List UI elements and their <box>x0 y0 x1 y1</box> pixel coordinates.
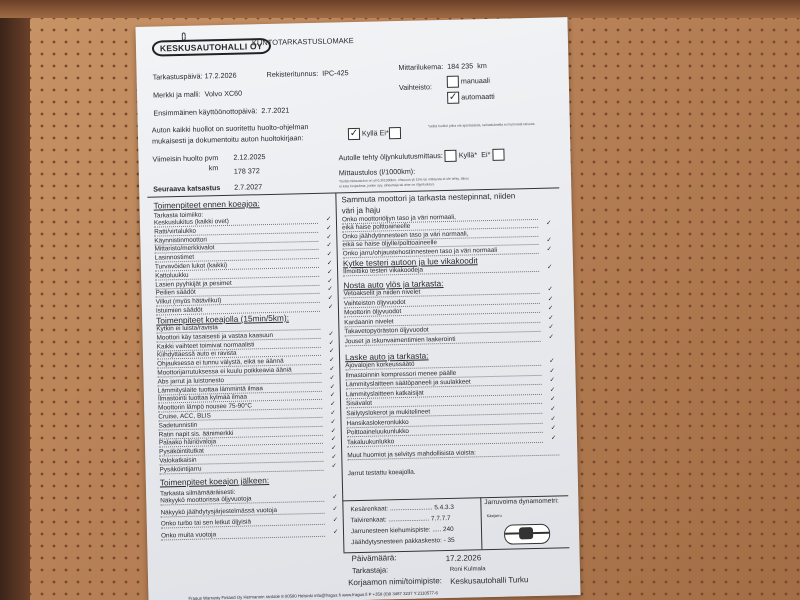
oil-footnote-2: ei kata korjauksia, joiden syy, aiheutta… <box>339 182 435 188</box>
check-mark-icon[interactable]: ✓ <box>333 516 339 524</box>
check-mark-icon[interactable]: ✓ <box>327 285 333 293</box>
check-mark-icon[interactable]: ✓ <box>327 267 333 275</box>
checklist-item-label: Onko muita vuotoja <box>161 528 325 540</box>
service-yes-checkbox[interactable]: ✓ <box>348 128 360 140</box>
oil-result-label: Mittaustulos (l/1000km): <box>339 167 415 178</box>
check-mark-icon[interactable]: ✓ <box>547 244 553 252</box>
last-service-label: Viimeisin huolto pvm <box>152 153 218 163</box>
odometer: Mittarilukema: 184 235 km <box>398 61 486 72</box>
check-mark-icon[interactable]: ✓ <box>550 405 556 413</box>
check-mark-icon[interactable]: ✓ <box>331 426 337 434</box>
check-mark-icon[interactable]: ✓ <box>326 223 332 231</box>
form-title: KUNTOTARKASTUSLOMAKE <box>252 36 354 47</box>
last-service-date: 2.12.2025 <box>233 152 265 162</box>
gearbox-label: Vaihteisto: <box>399 82 432 92</box>
next-inspection-label: Seuraava katsastus <box>153 183 220 194</box>
service-yes-no[interactable]: ✓ Kyllä Ei* <box>348 127 401 140</box>
last-service-km-label: km <box>209 163 219 172</box>
check-mark-icon[interactable]: ✓ <box>330 417 336 425</box>
left-column: Toimenpiteet ennen koeajoa: Tarkasta toi… <box>153 197 341 548</box>
service-history-question: Auton kaikki huollot on suoritettu huolt… <box>152 121 309 147</box>
company-footer: Fragus Warranty Finland Oy Hermannin ran… <box>188 590 437 600</box>
check-mark-icon[interactable]: ✓ <box>333 527 339 535</box>
check-mark-icon[interactable]: ✓ <box>327 259 333 267</box>
check-mark-icon[interactable]: ✓ <box>332 504 338 512</box>
check-mark-icon[interactable]: ✓ <box>549 366 555 374</box>
check-mark-icon[interactable]: ✓ <box>548 294 554 302</box>
check-mark-icon[interactable]: ✓ <box>331 453 337 461</box>
auto-checkbox[interactable]: ✓ <box>447 92 459 104</box>
gearbox-manual[interactable]: manuaali <box>447 75 490 88</box>
check-mark-icon[interactable]: ✓ <box>551 424 557 432</box>
checklist-item: Näkyykö jäähdytysjärjestelmässä vuotoja✓ <box>160 505 340 509</box>
check-mark-icon[interactable]: ✓ <box>330 409 336 417</box>
dyno-label: Jarruvoima dynamometri: <box>484 497 559 506</box>
seat-edge <box>0 0 30 600</box>
check-mark-icon[interactable]: ✓ <box>326 215 332 223</box>
check-mark-icon[interactable]: ✓ <box>331 461 337 469</box>
check-mark-icon[interactable]: ✓ <box>331 435 337 443</box>
check-mark-icon[interactable]: ✓ <box>548 323 554 331</box>
check-mark-icon[interactable]: ✓ <box>547 285 553 293</box>
checklist-item-label: Onko turbo tai sen letkut öljyisiä <box>161 517 325 529</box>
check-mark-icon[interactable]: ✓ <box>550 395 556 403</box>
seat-seam <box>0 0 800 18</box>
make-model: Merkki ja malli: Volvo XC60 <box>153 89 242 100</box>
check-mark-icon[interactable]: ✓ <box>327 250 333 258</box>
check-mark-icon[interactable]: ✓ <box>548 313 554 321</box>
check-mark-icon[interactable]: ✓ <box>551 433 557 441</box>
check-mark-icon[interactable]: ✓ <box>326 232 332 240</box>
tyre-section: Kesärenkaat: ........................ 5.… <box>350 502 454 548</box>
inspection-form: ⩇ KESKUSAUTOHALLI OY KUNTOTARKASTUSLOMAK… <box>135 17 580 600</box>
notes-text[interactable]: Jarrut testattu koeajolla. <box>348 465 560 477</box>
oil-measure[interactable]: Autolle tehty öljynkulutusmittaus: Kyllä… <box>338 149 504 165</box>
service-no-checkbox[interactable] <box>389 127 401 139</box>
checklist-item: Onko muita vuotoja✓ <box>161 528 341 532</box>
check-mark-icon[interactable]: ✓ <box>550 376 556 384</box>
check-mark-icon[interactable]: ✓ <box>546 219 552 227</box>
check-mark-icon[interactable]: ✓ <box>328 294 334 302</box>
inspection-date: Tarkastuspäivä: 17.2.2026 <box>153 71 237 82</box>
check-mark-icon[interactable]: ✓ <box>547 263 553 271</box>
check-mark-icon[interactable]: ✓ <box>550 385 556 393</box>
oil-yes-checkbox[interactable] <box>445 150 457 162</box>
check-mark-icon[interactable]: ✓ <box>548 304 554 312</box>
check-mark-icon[interactable]: ✓ <box>329 356 335 364</box>
gearbox-auto[interactable]: ✓ automaatti <box>447 91 495 104</box>
right-column: Sammuta moottori ja tarkasta nestepinnat… <box>341 190 559 478</box>
check-mark-icon[interactable]: ✓ <box>330 382 336 390</box>
checklist-item-label: Näkyykö jäähdytysjärjestelmässä vuotoja <box>160 505 324 517</box>
oil-no-checkbox[interactable] <box>492 149 504 161</box>
checklist-item: Onko turbo tai sen letkut öljyisiä✓ <box>161 516 341 520</box>
check-mark-icon[interactable]: ✓ <box>327 276 333 284</box>
shop-name: Keskusautohalli Turku <box>450 575 528 586</box>
inspector-label: Tarkastaja: <box>352 565 388 575</box>
check-mark-icon[interactable]: ✓ <box>331 444 337 452</box>
check-mark-icon[interactable]: ✓ <box>329 347 335 355</box>
check-mark-icon[interactable]: ✓ <box>329 338 335 346</box>
last-service-km: 178 372 <box>234 166 260 176</box>
registration: Rekisteritunnus: IPC-425 <box>267 68 349 79</box>
check-mark-icon[interactable]: ✓ <box>549 357 555 365</box>
check-mark-icon[interactable]: ✓ <box>329 373 335 381</box>
after-drive-title: Toimenpiteet koeajon jälkeen: <box>160 473 340 487</box>
check-mark-icon[interactable]: ✓ <box>546 236 552 244</box>
check-mark-icon[interactable]: ✓ <box>329 365 335 373</box>
next-inspection: 2.7.2027 <box>234 182 262 192</box>
check-mark-icon[interactable]: ✓ <box>550 414 556 422</box>
check-mark-icon[interactable]: ✓ <box>549 333 555 341</box>
check-mark-icon[interactable]: ✓ <box>330 391 336 399</box>
date-label: Päivämäärä: <box>352 553 397 563</box>
inspector-name: Roni Kulmala <box>450 566 486 573</box>
check-mark-icon[interactable]: ✓ <box>328 303 334 311</box>
check-mark-icon[interactable]: ✓ <box>328 329 334 337</box>
car-topview-icon <box>504 524 550 545</box>
handbrake-label: Käsijarru <box>487 514 502 518</box>
service-footnote: *selitä huollot jotka ole ajantasaisia, … <box>428 122 535 128</box>
check-mark-icon[interactable]: ✓ <box>330 400 336 408</box>
first-registration: Ensimmäinen käyttöönottopäivä: 2.7.2021 <box>153 106 289 118</box>
check-mark-icon[interactable]: ✓ <box>332 493 338 501</box>
check-mark-icon[interactable]: ✓ <box>326 241 332 249</box>
date-value: 17.2.2026 <box>446 553 482 563</box>
shop-label: Korjaamon nimi/toimipiste: <box>348 576 442 587</box>
manual-checkbox[interactable] <box>447 76 459 88</box>
